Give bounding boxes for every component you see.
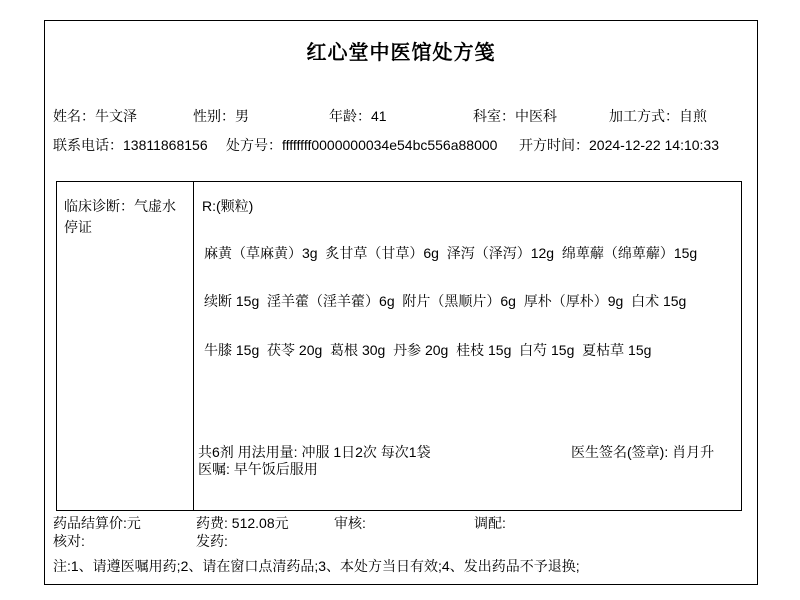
dispensing-prep-label: 调配: [474, 515, 506, 531]
footer-note: 注:1、请遵医嘱用药;2、请在窗口点清药品;3、本处方当日有效;4、发出药品不予… [53, 558, 580, 574]
doctor-advice-line: 医嘱: 早午饭后服用 [198, 461, 318, 477]
phone-label: 联系电话： [53, 137, 123, 153]
settlement-price-field: 药品结算价:元 [53, 515, 141, 531]
gender-value: 男 [235, 108, 249, 124]
prescription-page: { "title": "红心堂中医馆处方笺", "info_row1": [ {… [0, 0, 800, 600]
processing-method-label: 加工方式： [609, 108, 679, 124]
settlement-price-label: 药品结算价: [53, 515, 127, 531]
review-field: 审核: [334, 515, 366, 531]
processing-method-field: 加工方式：自煎 [609, 108, 707, 124]
dispense-label: 发药: [196, 533, 228, 549]
phone-field: 联系电话：13811868156 [53, 137, 208, 153]
phone-value: 13811868156 [123, 137, 208, 153]
gender-label: 性别： [193, 108, 235, 124]
medicine-fee-label: 药费: [196, 515, 232, 531]
medicine-fee-value: 512.08元 [232, 515, 289, 531]
age-field: 年龄：41 [329, 108, 387, 124]
diagnosis-label: 临床诊断： [64, 198, 134, 214]
diagnosis-cell: 临床诊断：气虚水停证 [57, 182, 194, 510]
dose-usage-line: 共6剂 用法用量: 冲服 1日2次 每次1袋 [198, 444, 431, 460]
herb-line-2: 续断 15g 淫羊藿（淫羊藿）6g 附片（黑顺片）6g 厚朴（厚朴）9g 白术 … [204, 293, 686, 309]
settlement-price-value: 元 [127, 515, 141, 531]
gender-field: 性别：男 [193, 108, 249, 124]
age-label: 年龄： [329, 108, 371, 124]
department-value: 中医科 [515, 108, 557, 124]
medicine-fee-field: 药费: 512.08元 [196, 515, 289, 531]
processing-method-value: 自煎 [679, 108, 707, 124]
department-label: 科室： [473, 108, 515, 124]
page-title: 红心堂中医馆处方笺 [45, 36, 757, 65]
prescription-time-label: 开方时间： [519, 137, 589, 153]
rx-cell: R:(颗粒) 麻黄（草麻黄）3g 炙甘草（甘草）6g 泽泻（泽泻）12g 绵萆薢… [195, 182, 741, 510]
prescription-number-value: ffffffff0000000034e54bc556a88000 [282, 137, 497, 153]
prescription-number-label: 处方号： [226, 137, 282, 153]
patient-name-value: 牛文泽 [95, 108, 137, 124]
check-label: 核对: [53, 533, 85, 549]
herb-line-1: 麻黄（草麻黄）3g 炙甘草（甘草）6g 泽泻（泽泻）12g 绵萆薢（绵萆薢）15… [204, 245, 697, 261]
review-label: 审核: [334, 515, 366, 531]
patient-name-field: 姓名：牛文泽 [53, 108, 137, 124]
department-field: 科室：中医科 [473, 108, 557, 124]
patient-name-label: 姓名： [53, 108, 95, 124]
rx-header: R:(颗粒) [202, 198, 253, 214]
herb-line-3: 牛膝 15g 茯苓 20g 葛根 30g 丹参 20g 桂枝 15g 白芍 15… [204, 342, 651, 358]
check-field: 核对: [53, 533, 85, 549]
dispensing-prep-field: 调配: [474, 515, 506, 531]
dispense-field: 发药: [196, 533, 228, 549]
rx-table: 临床诊断：气虚水停证 R:(颗粒) 麻黄（草麻黄）3g 炙甘草（甘草）6g 泽泻… [56, 181, 742, 511]
prescription-time-field: 开方时间：2024-12-22 14:10:33 [519, 137, 719, 153]
doctor-signature: 医生签名(签章): 肖月升 [571, 444, 729, 461]
age-value: 41 [371, 108, 387, 124]
prescription-sheet: 红心堂中医馆处方笺 姓名：牛文泽 性别：男 年龄：41 科室：中医科 加工方式：… [44, 20, 758, 585]
prescription-time-value: 2024-12-22 14:10:33 [589, 137, 719, 153]
prescription-number-field: 处方号：ffffffff0000000034e54bc556a88000 [226, 137, 497, 153]
